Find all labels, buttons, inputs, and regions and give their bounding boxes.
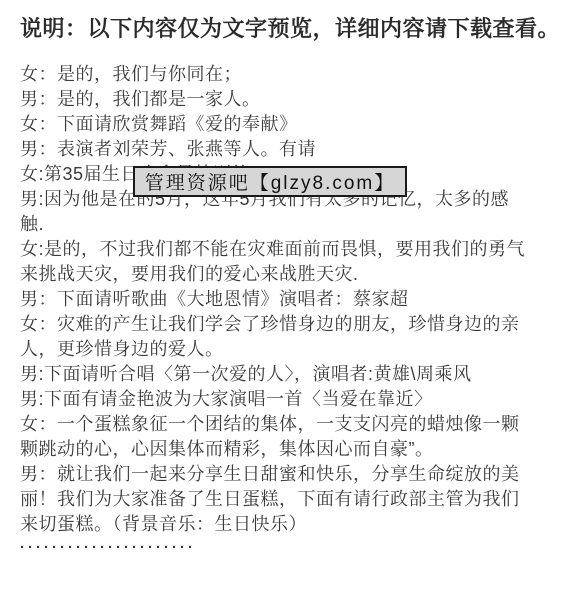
watermark-text: 管理资源吧【glzy8.com】 (145, 168, 396, 195)
text-line: 女：灾难的产生让我们学会了珍惜身边的朋友，珍惜身边的亲 (20, 312, 562, 337)
document-preview-page: 说明：以下内容仅为文字预览，详细内容请下载查看。 女：是的，我们与你同在； 男：… (0, 0, 578, 600)
text-line: 男:下面请听合唱〈第一次爱的人〉，演唱者:黄雄\周乘风 (20, 362, 562, 387)
ellipsis-row: ······················ (20, 537, 562, 562)
text-line: 女：一个蛋糕象征一个团结的集体，一支支闪亮的蜡烛像一颗 (20, 412, 562, 437)
text-line: 女：是的，我们与你同在； (20, 62, 562, 87)
text-line: 男：表演者刘荣芳、张燕等人。有请 (20, 137, 562, 162)
text-line: 丽！我们为大家准备了生日蛋糕，下面有请行政部主管为我们 (20, 487, 562, 512)
text-line: 人，更珍惜身边的爱人。 (20, 337, 562, 362)
watermark-badge: 管理资源吧【glzy8.com】 (133, 166, 407, 197)
text-line: 来挑战天灾，要用我们的爱心来战胜天灾. (20, 262, 562, 287)
text-line: 男：下面请听歌曲《大地恩情》演唱者：蔡家超 (20, 287, 562, 312)
text-line: 女：下面请欣赏舞蹈《爱的奉献》 (20, 112, 562, 137)
text-line: 触. (20, 212, 562, 237)
text-line: 男：就让我们一起来分享生日甜蜜和快乐，分享生命绽放的美 (20, 462, 562, 487)
preview-notice: 说明：以下内容仅为文字预览，详细内容请下载查看。 (20, 14, 562, 44)
text-line: 男：是的，我们都是一家人。 (20, 87, 562, 112)
text-line: 女:是的，不过我们都不能在灾难面前而畏惧，要用我们的勇气 (20, 237, 562, 262)
script-text-body: 女：是的，我们与你同在； 男：是的，我们都是一家人。 女：下面请欣赏舞蹈《爱的奉… (20, 62, 562, 562)
text-line: 颗跳动的心，心因集体而精彩，集体因心而自豪”。 (20, 437, 562, 462)
text-line: 来切蛋糕。（背景音乐：生日快乐） (20, 512, 562, 537)
text-line: 男:下面有请金艳波为大家演唱一首〈当爱在靠近〉 (20, 387, 562, 412)
